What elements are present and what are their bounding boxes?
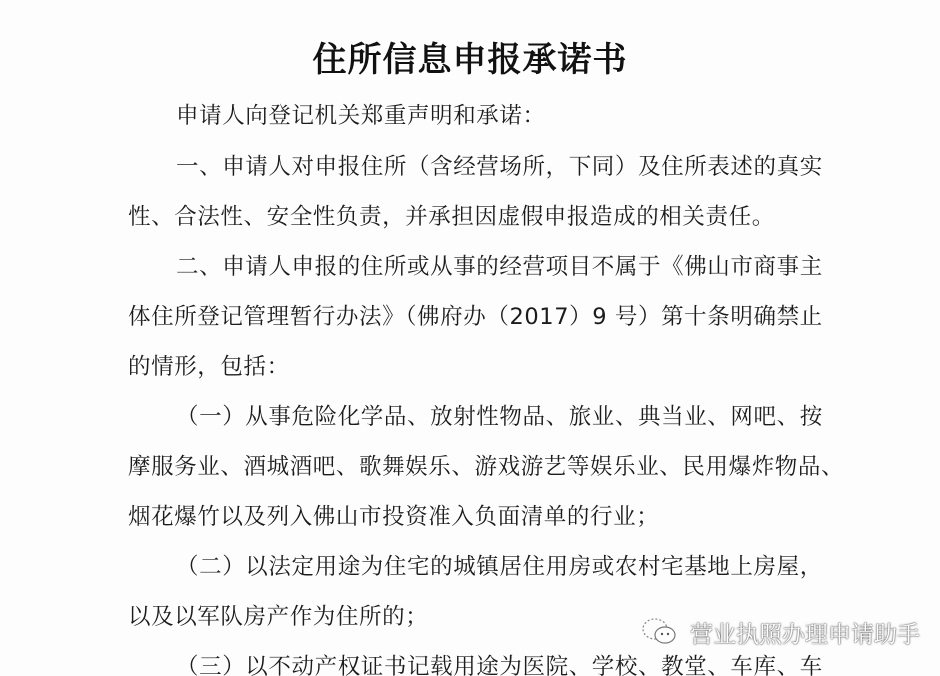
clause-1-line-1: 一、申请人对申报住所（含经营场所，下同）及住所表述的真实 (176, 149, 823, 181)
watermark: 营业执照办理申请助手 (640, 615, 920, 649)
item-1-line-1: （一）从事危险化学品、放射性物品、旅业、典当业、网吧、按 (176, 399, 823, 431)
document-page: 住所信息申报承诺书 申请人向登记机关郑重声明和承诺： 一、申请人对申报住所（含经… (0, 0, 940, 676)
item-1-line-2: 摩服务业、酒城酒吧、歌舞娱乐、游戏游艺等娱乐业、民用爆炸物品、 (128, 449, 844, 481)
item-1-line-3: 烟花爆竹以及列入佛山市投资准入负面清单的行业； (128, 499, 659, 531)
clause-2-line-3: 的情形，包括： (128, 349, 290, 381)
clause-2-line-2: 体住所登记管理暂行办法》（佛府办（2017）9 号）第十条明确禁止 (128, 299, 823, 331)
wechat-icon (640, 615, 680, 649)
clause-2-line-1: 二、申请人申报的住所或从事的经营项目不属于《佛山市商事主 (176, 249, 823, 281)
item-3-line-1: （三）以不动产权证书记载用途为医院、学校、教堂、车库、车 (176, 649, 823, 676)
clause-1-line-2: 性、合法性、安全性负责，并承担因虚假申报造成的相关责任。 (128, 199, 775, 231)
item-2-line-1: （二）以法定用途为住宅的城镇居住用房或农村宅基地上房屋， (176, 549, 823, 581)
item-2-line-2: 以及以军队房产作为住所的； (128, 599, 428, 631)
declaration-intro: 申请人向登记机关郑重声明和承诺： (176, 98, 546, 130)
document-title: 住所信息申报承诺书 (0, 32, 940, 81)
watermark-text: 营业执照办理申请助手 (690, 616, 920, 649)
